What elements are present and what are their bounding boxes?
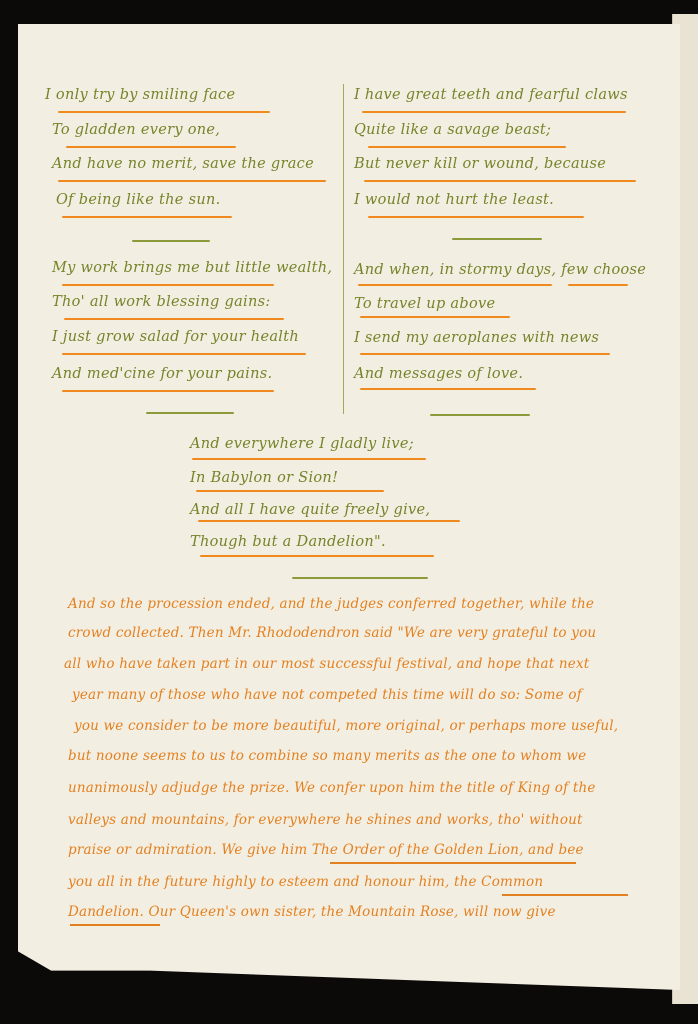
verse-underline: [62, 353, 306, 355]
verse-underline: [62, 216, 232, 218]
stanza-separator: [430, 414, 530, 416]
prose-underline: [70, 924, 160, 926]
verse-line: I have great teeth and fearful claws: [354, 87, 628, 103]
prose-line: you all in the future highly to esteem a…: [68, 874, 543, 890]
verse-line: And med'cine for your pains.: [52, 366, 272, 382]
verse-underline: [568, 284, 628, 286]
section-separator: [292, 577, 428, 579]
verse-line: I just grow salad for your health: [52, 329, 299, 345]
verse-line: And have no merit, save the grace: [52, 156, 314, 172]
prose-line: year many of those who have not competed…: [72, 687, 582, 703]
verse-line: And everywhere I gladly live;: [190, 436, 414, 452]
prose-line: And so the procession ended, and the jud…: [68, 596, 594, 612]
verse-underline: [364, 180, 636, 182]
verse-line: To travel up above: [354, 296, 495, 312]
prose-line: all who have taken part in our most succ…: [64, 656, 589, 672]
verse-underline: [58, 111, 270, 113]
prose-underline: [330, 862, 576, 864]
prose-line: but noone seems to us to combine so many…: [68, 748, 586, 764]
verse-underline: [58, 180, 326, 182]
verse-line: Of being like the sun.: [56, 192, 221, 208]
verse-line: In Babylon or Sion!: [190, 470, 338, 486]
verse-underline: [368, 216, 584, 218]
verse-line: Though but a Dandelion".: [190, 534, 386, 550]
prose-line: unanimously adjudge the prize. We confer…: [68, 780, 596, 796]
stanza-separator: [452, 238, 542, 240]
verse-line: To gladden every one,: [52, 122, 220, 138]
verse-line: Tho' all work blessing gains:: [52, 294, 271, 310]
verse-line: I only try by smiling face: [45, 87, 235, 103]
verse-underline: [360, 316, 510, 318]
verse-line: But never kill or wound, because: [354, 156, 606, 172]
verse-underline: [66, 146, 236, 148]
verse-underline: [200, 555, 434, 557]
prose-line: you we consider to be more beautiful, mo…: [74, 718, 618, 734]
verse-line: Quite like a savage beast;: [354, 122, 551, 138]
verse-underline: [360, 388, 536, 390]
verse-line: My work brings me but little wealth,: [52, 260, 332, 276]
verse-underline: [62, 390, 274, 392]
verse-underline: [368, 146, 566, 148]
verse-underline: [360, 353, 610, 355]
verse-underline: [62, 284, 274, 286]
verse-line: And messages of love.: [354, 366, 523, 382]
stanza-separator: [132, 240, 210, 242]
manuscript-page: I only try by smiling face To gladden ev…: [18, 24, 680, 990]
column-divider: [343, 84, 344, 414]
prose-line: Dandelion. Our Queen's own sister, the M…: [68, 904, 556, 920]
verse-line: And when, in stormy days, few choose: [354, 262, 646, 278]
verse-underline: [196, 490, 384, 492]
prose-underline: [502, 894, 628, 896]
verse-line: And all I have quite freely give,: [190, 502, 430, 518]
prose-line: praise or admiration. We give him The Or…: [68, 842, 584, 858]
verse-underline: [192, 458, 426, 460]
verse-line: I would not hurt the least.: [354, 192, 554, 208]
prose-line: crowd collected. Then Mr. Rhododendron s…: [68, 625, 596, 641]
prose-line: valleys and mountains, for everywhere he…: [68, 812, 583, 828]
verse-underline: [64, 318, 284, 320]
verse-underline: [198, 520, 460, 522]
verse-underline: [362, 111, 626, 113]
verse-line: I send my aeroplanes with news: [354, 330, 599, 346]
verse-underline: [358, 284, 552, 286]
stanza-separator: [146, 412, 234, 414]
